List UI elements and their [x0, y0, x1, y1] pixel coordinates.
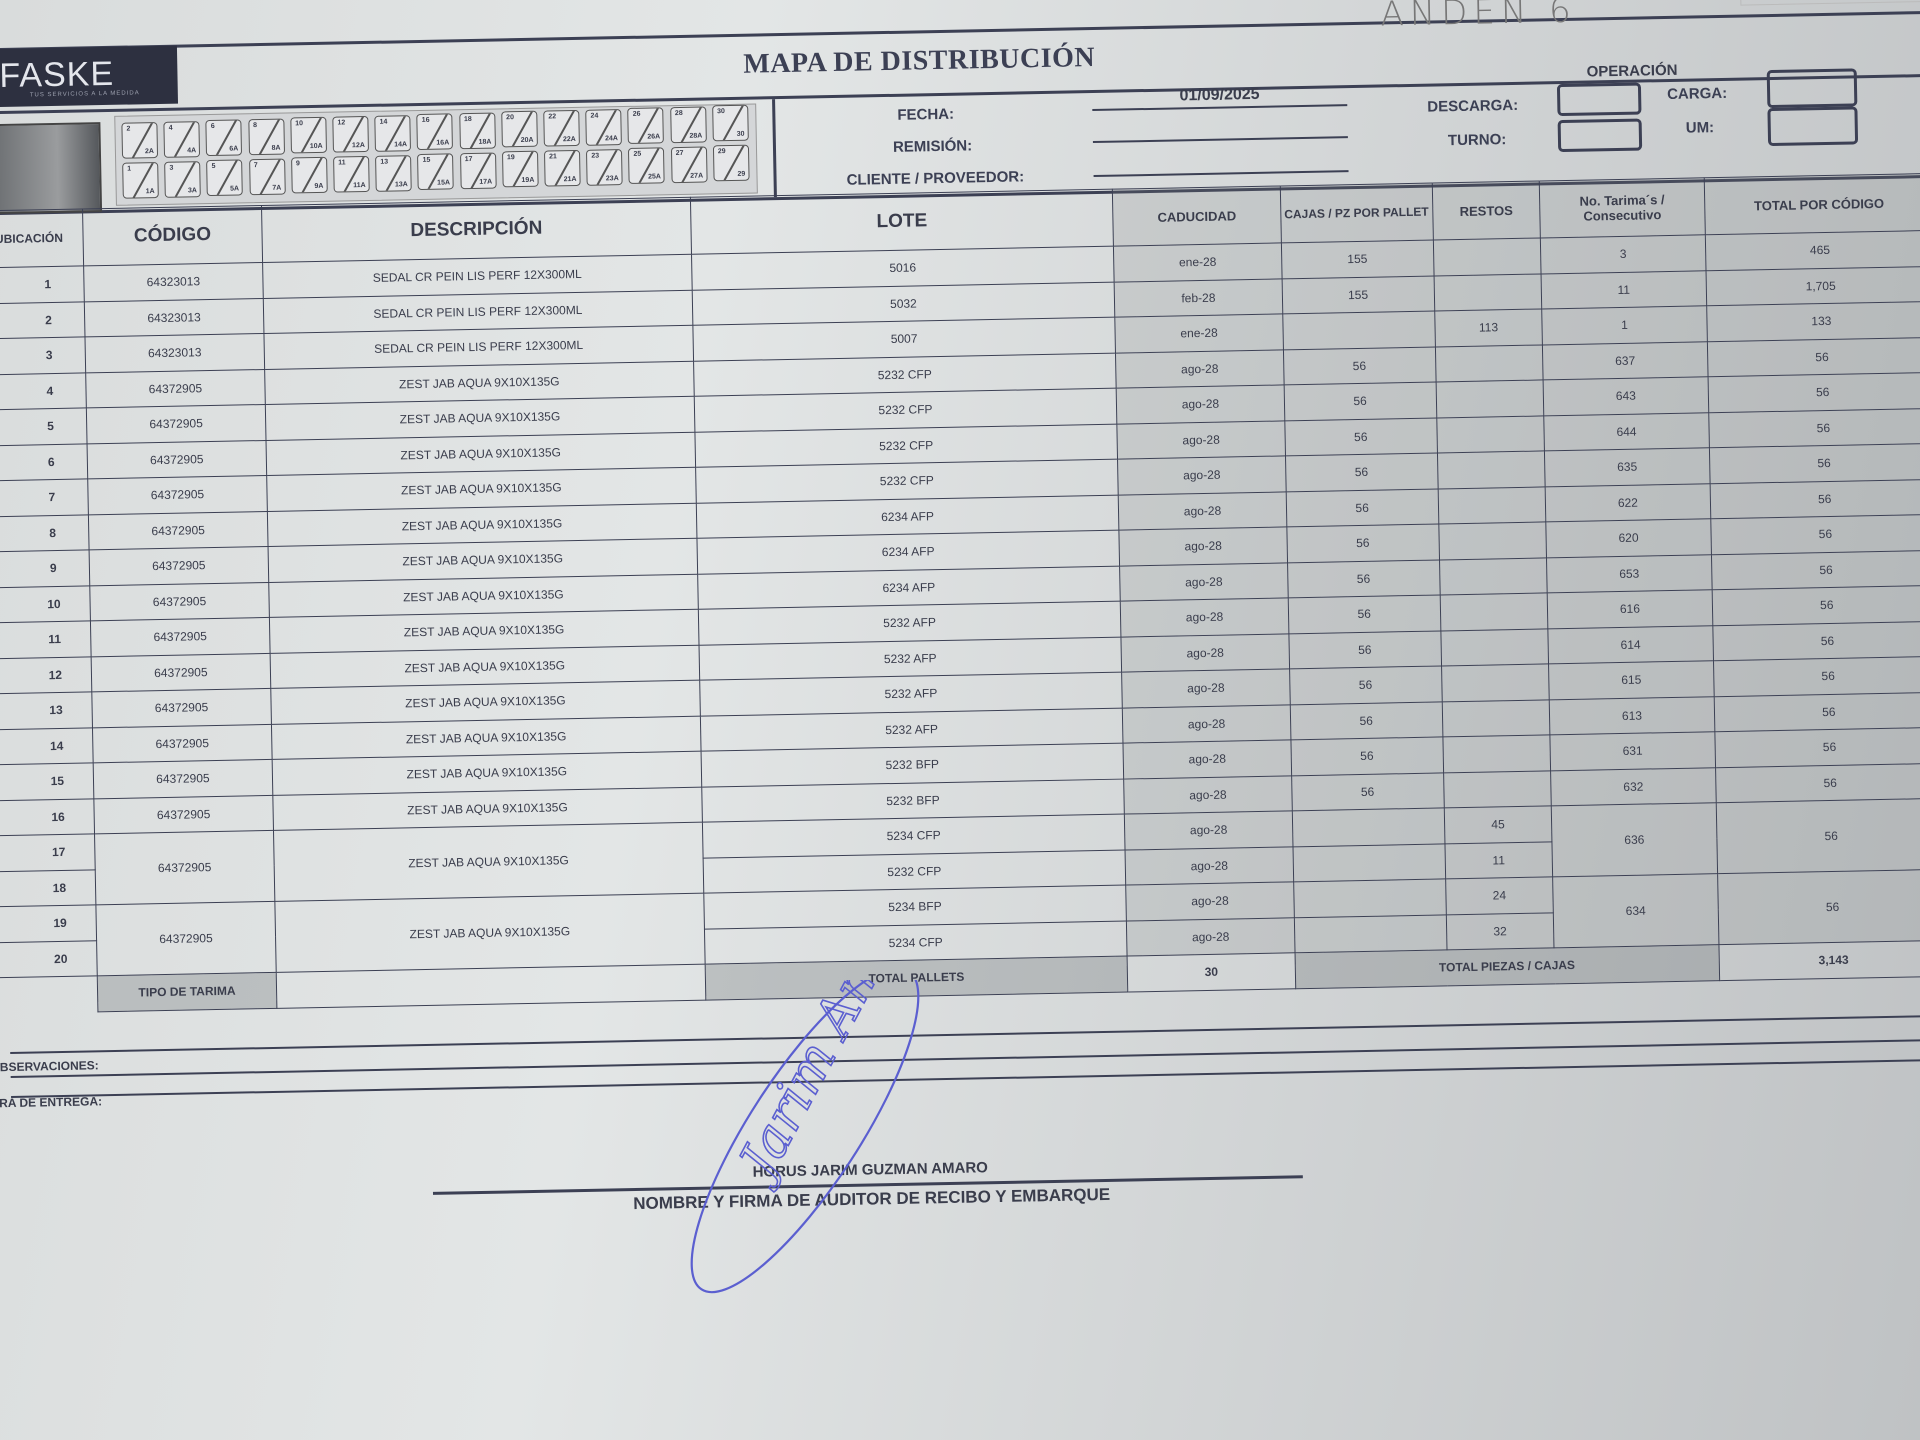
slot-number: 4: [169, 124, 173, 131]
hora-entrega-label: HORA DE ENTREGA:: [0, 1094, 102, 1110]
cell-caducidad: ago-28: [1120, 562, 1288, 601]
slot-sub-number: 20A: [521, 137, 534, 144]
slot-number: 13: [380, 158, 388, 165]
tipo-tarima-value: [276, 964, 705, 1008]
cell-restos: [1436, 380, 1544, 418]
cell-restos: 45: [1444, 806, 1552, 844]
cell-ubicacion: 19: [0, 905, 96, 943]
slot-sub-number: 24A: [605, 135, 618, 142]
cell-cajas: 56: [1291, 772, 1444, 810]
cell-codigo: 64372905: [87, 475, 267, 514]
dock-slot: 2424A: [585, 109, 622, 146]
cell-restos: [1433, 238, 1541, 276]
col-codigo: CÓDIGO: [82, 206, 262, 266]
slot-number: 27: [676, 150, 684, 157]
cell-caducidad: ago-28: [1121, 598, 1289, 637]
cliente-label: CLIENTE / PROVEEDOR:: [846, 168, 1024, 188]
slot-sub-number: 1A: [146, 188, 155, 195]
slot-sub-number: 12A: [352, 142, 365, 149]
distribution-table: UBICACIÓN CÓDIGO DESCRIPCIÓN LOTE CADUCI…: [0, 173, 1920, 1014]
faske-logo: FASKE TUS SERVICIOS A LA MEDIDA: [0, 46, 178, 108]
dock-slot-map: 22A44A66A88A1010A1212A1414A1616A1818A202…: [114, 104, 758, 206]
cell-ubicacion: 6: [0, 443, 87, 481]
cell-tarima: 616: [1547, 590, 1712, 629]
dock-slot: 77A: [249, 158, 286, 195]
cell-cajas: [1282, 311, 1435, 349]
dock-slot: 2525A: [628, 147, 665, 184]
slot-sub-number: 3A: [188, 187, 197, 194]
total-pallets-value: 30: [1127, 953, 1295, 992]
slot-number: 26: [633, 111, 641, 118]
slot-number: 1: [127, 166, 131, 173]
slot-sub-number: 8A: [271, 144, 280, 151]
slot-number: 15: [422, 157, 430, 164]
dock-slot: 2323A: [586, 149, 623, 186]
cell-restos: 32: [1446, 912, 1554, 950]
dock-slot: 99A: [291, 157, 328, 194]
cell-tarima: 620: [1546, 519, 1711, 558]
cell-total: 56: [1712, 621, 1920, 661]
dock-slot: 1515A: [417, 154, 454, 191]
slot-sub-number: 15A: [437, 180, 450, 187]
slot-sub-number: 13A: [395, 181, 408, 188]
cell-cajas: 56: [1284, 382, 1437, 420]
um-label: UM:: [1686, 119, 1715, 137]
cell-tarima: 613: [1549, 696, 1714, 735]
cell-caducidad: ago-28: [1118, 456, 1286, 495]
total-piezas-label: TOTAL PIEZAS / CAJAS: [1295, 945, 1720, 989]
slot-sub-number: 27A: [690, 172, 703, 179]
slot-sub-number: 11A: [353, 182, 366, 189]
cell-tarima: 622: [1545, 483, 1710, 522]
observaciones-label: OBSERVACIONES:: [0, 1058, 99, 1074]
cell-cajas: 56: [1289, 666, 1442, 704]
dock-slot: 2020A: [501, 111, 538, 148]
cell-cajas: 56: [1289, 630, 1442, 668]
slot-number: 20: [506, 115, 514, 122]
slot-number: 28: [675, 110, 683, 117]
cell-codigo: 64372905: [87, 440, 267, 479]
cell-total: 465: [1705, 230, 1920, 270]
cell-codigo: 64372905: [94, 795, 274, 834]
cell-tarima: 634: [1553, 874, 1719, 948]
cell-restos: [1443, 770, 1551, 808]
cell-caducidad: ago-28: [1116, 385, 1284, 424]
cell-tarima: 653: [1547, 554, 1712, 593]
col-lote: LOTE: [690, 189, 1114, 254]
cell-total: 56: [1708, 372, 1920, 412]
slot-sub-number: 5A: [230, 186, 239, 193]
cell-caducidad: ago-28: [1126, 882, 1294, 921]
slot-sub-number: 7A: [272, 184, 281, 191]
cell-codigo: 64372905: [92, 724, 272, 763]
dock-slot: 22A: [121, 122, 158, 159]
cell-total: 56: [1715, 727, 1920, 767]
slot-number: 2: [126, 126, 130, 133]
cell-descripcion: ZEST JAB AQUA 9X10X135G: [274, 822, 704, 901]
cell-caducidad: ago-28: [1116, 349, 1284, 388]
cell-codigo: 64372905: [92, 688, 272, 727]
dock-slot: 2626A: [628, 107, 665, 144]
cell-restos: [1438, 486, 1546, 524]
cell-tarima: 644: [1544, 412, 1709, 451]
slot-sub-number: 23A: [606, 175, 619, 182]
cell-codigo: 64372905: [88, 511, 268, 550]
operacion-title: OPERACIÓN: [1587, 62, 1678, 81]
slot-number: 17: [465, 156, 473, 163]
cell-total: 56: [1714, 692, 1920, 732]
cell-ubicacion: 5: [0, 408, 87, 446]
dock-slot: 33A: [164, 161, 201, 198]
cell-cajas: 56: [1291, 737, 1444, 775]
cell-restos: 113: [1434, 309, 1542, 347]
cell-codigo: 64372905: [89, 582, 269, 621]
slot-sub-number: 29: [737, 171, 745, 178]
cell-caducidad: ago-28: [1118, 491, 1286, 530]
cell-cajas: 56: [1283, 347, 1436, 385]
dock-slot: 2929: [713, 145, 750, 182]
cell-ubicacion: 4: [0, 372, 86, 410]
slot-number: 14: [380, 118, 388, 125]
cell-codigo: 64323013: [84, 298, 264, 337]
cell-restos: [1435, 344, 1543, 382]
slot-number: 25: [633, 151, 641, 158]
total-piezas-value: 3,143: [1719, 940, 1920, 980]
cell-cajas: 56: [1284, 418, 1437, 456]
cell-restos: 24: [1445, 877, 1553, 915]
cell-cajas: [1294, 914, 1447, 952]
descarga-box[interactable]: [1557, 83, 1642, 117]
hora-entrega-line: [11, 1058, 1920, 1098]
dock-slot: 1313A: [375, 155, 412, 192]
slot-sub-number: 16A: [436, 140, 449, 147]
cell-total: 56: [1710, 479, 1920, 519]
dock-slot: 2828A: [670, 106, 707, 143]
observaciones-line: [10, 1014, 1920, 1054]
cell-tarima: 631: [1550, 732, 1715, 771]
cell-ubicacion: 15: [0, 763, 94, 801]
cell-restos: [1440, 593, 1548, 631]
cell-total: 56: [1712, 585, 1920, 625]
dock-slot: 1616A: [417, 114, 454, 151]
cell-restos: [1443, 735, 1551, 773]
cell-restos: [1441, 664, 1549, 702]
dock-photo: [0, 122, 102, 214]
dock-slot: 88A: [248, 118, 285, 155]
col-total: TOTAL POR CÓDIGO: [1704, 173, 1920, 234]
col-tarimas: No. Tarima´s /Consecutivo: [1539, 178, 1705, 238]
cell-ubicacion: 1: [0, 266, 84, 304]
cell-codigo: 64372905: [93, 759, 273, 798]
cell-ubicacion: 18: [0, 869, 96, 907]
dock-slot: 1010A: [290, 117, 327, 154]
slot-number: 11: [338, 159, 346, 166]
slot-sub-number: 19A: [521, 177, 534, 184]
slot-sub-number: 30: [737, 131, 745, 138]
slot-number: 5: [212, 163, 216, 170]
slot-sub-number: 28A: [689, 132, 702, 139]
cell-total: 1,705: [1706, 266, 1920, 306]
dock-slot: 1111A: [333, 156, 370, 193]
cell-total: 56: [1711, 550, 1920, 590]
slot-sub-number: 18A: [478, 138, 491, 145]
totals-spacer: [0, 976, 98, 1014]
dock-slot: 66A: [206, 120, 243, 157]
cell-cajas: 56: [1286, 488, 1439, 526]
dock-slot: 44A: [164, 121, 201, 158]
cell-codigo: 64372905: [96, 901, 277, 975]
slot-sub-number: 22A: [563, 136, 576, 143]
fecha-label: FECHA:: [897, 106, 954, 124]
cell-caducidad: ago-28: [1121, 633, 1289, 672]
slot-number: 19: [507, 155, 515, 162]
slot-sub-number: 21A: [564, 176, 577, 183]
cell-cajas: 56: [1288, 595, 1441, 633]
cell-caducidad: ago-28: [1123, 740, 1291, 779]
carga-label: CARGA:: [1667, 85, 1727, 103]
slot-number: 30: [717, 108, 725, 115]
um-box[interactable]: [1767, 106, 1858, 146]
cell-cajas: [1293, 879, 1446, 917]
slot-sub-number: 4A: [187, 147, 196, 154]
cell-total: 56: [1713, 656, 1920, 696]
dock-slot: 1919A: [502, 151, 539, 188]
tipo-tarima-label: TIPO DE TARIMA: [97, 972, 277, 1011]
cell-restos: [1434, 273, 1542, 311]
dock-slot: 2727A: [671, 146, 708, 183]
cell-cajas: 56: [1285, 453, 1438, 491]
slot-sub-number: 9A: [314, 183, 323, 190]
cell-tarima: 643: [1543, 377, 1708, 416]
col-restos: RESTOS: [1432, 181, 1541, 240]
dock-slot: 3030: [712, 105, 749, 142]
slot-number: 22: [548, 113, 556, 120]
cell-descripcion: ZEST JAB AQUA 9X10X135G: [275, 893, 705, 972]
dock-slot: 1212A: [332, 116, 369, 153]
total-pallets-label: TOTAL PALLETS: [705, 956, 1128, 1000]
cell-caducidad: ago-28: [1117, 420, 1285, 459]
cell-codigo: 64372905: [89, 546, 269, 585]
cell-ubicacion: 14: [0, 727, 93, 765]
cell-cajas: 155: [1281, 240, 1434, 278]
cell-ubicacion: 12: [0, 656, 92, 694]
slot-number: 18: [464, 116, 472, 123]
cell-ubicacion: 17: [0, 834, 95, 872]
cell-ubicacion: 16: [0, 798, 94, 836]
slot-sub-number: 6A: [229, 146, 238, 153]
slot-number: 9: [296, 161, 300, 168]
cell-caducidad: ago-28: [1123, 704, 1291, 743]
dock-slot: 1414A: [374, 115, 411, 152]
slot-sub-number: 25A: [648, 174, 661, 181]
cell-caducidad: ago-28: [1125, 846, 1293, 885]
dock-slot: 1818A: [459, 112, 496, 149]
cell-restos: 11: [1445, 841, 1553, 879]
cell-total: 56: [1709, 443, 1920, 483]
turno-label: TURNO:: [1448, 131, 1507, 149]
cell-ubicacion: 10: [0, 585, 90, 623]
fecha-field[interactable]: 01/09/2025: [1092, 84, 1347, 111]
cell-tarima: 615: [1549, 661, 1714, 700]
dock-slot: 2121A: [544, 150, 581, 187]
slot-number: 16: [422, 117, 430, 124]
cell-cajas: 56: [1287, 559, 1440, 597]
cell-restos: [1440, 628, 1548, 666]
cell-caducidad: ago-28: [1122, 669, 1290, 708]
col-cajas: CAJAS / PZ POR PALLET: [1280, 183, 1433, 243]
cell-ubicacion: 20: [0, 940, 97, 978]
cell-caducidad: ago-28: [1124, 775, 1292, 814]
dock-slot: 11A: [122, 162, 159, 199]
cell-caducidad: ene-28: [1114, 243, 1282, 282]
cell-caducidad: feb-28: [1114, 278, 1282, 317]
slot-number: 3: [169, 164, 173, 171]
cell-total: 56: [1708, 408, 1920, 448]
cell-tarima: 3: [1541, 235, 1706, 274]
remision-field[interactable]: [1093, 116, 1348, 143]
turno-box[interactable]: [1558, 119, 1643, 153]
cell-ubicacion: 13: [0, 692, 92, 730]
cell-ubicacion: 2: [0, 301, 85, 339]
cell-codigo: 64323013: [83, 263, 263, 302]
cell-ubicacion: 11: [0, 621, 91, 659]
slot-number: 21: [549, 153, 557, 160]
cell-restos: [1442, 699, 1550, 737]
cell-tarima: 11: [1541, 270, 1706, 309]
slot-sub-number: 2A: [145, 148, 154, 155]
cell-caducidad: ago-28: [1119, 527, 1287, 566]
cell-tarima: 632: [1551, 767, 1716, 806]
slot-number: 6: [211, 123, 215, 130]
cell-ubicacion: 9: [0, 550, 89, 588]
slot-number: 12: [337, 119, 345, 126]
remision-label: REMISIÓN:: [893, 137, 972, 156]
handwritten-note: ANDEN 6: [1380, 0, 1577, 34]
cell-cajas: 155: [1282, 276, 1435, 314]
cell-codigo: 64372905: [86, 404, 266, 443]
divider: [772, 99, 777, 197]
slot-number: 29: [718, 148, 726, 155]
carga-box[interactable]: [1767, 68, 1858, 108]
cell-restos: [1436, 415, 1544, 453]
cell-total: 133: [1706, 301, 1920, 341]
cell-tarima: 635: [1545, 448, 1710, 487]
cell-codigo: 64372905: [85, 369, 265, 408]
cell-restos: [1437, 451, 1545, 489]
slot-sub-number: 17A: [479, 178, 492, 185]
cliente-field[interactable]: [1093, 150, 1348, 177]
cell-cajas: 56: [1287, 524, 1440, 562]
cell-tarima: 636: [1551, 803, 1717, 877]
cell-codigo: 64372905: [94, 830, 275, 904]
cell-caducidad: ene-28: [1115, 314, 1283, 353]
cell-codigo: 64372905: [91, 653, 271, 692]
cell-total: 56: [1716, 798, 1920, 873]
cell-restos: [1439, 557, 1547, 595]
cell-tarima: 637: [1543, 341, 1708, 380]
auditor-name: HORUS JARIM GUZMAN AMARO: [752, 1159, 988, 1181]
slot-number: 7: [254, 162, 258, 169]
slot-sub-number: 14A: [394, 141, 407, 148]
dock-slot: 2222A: [543, 110, 580, 147]
document-sheet: FASKE TUS SERVICIOS A LA MEDIDA MAPA DE …: [0, 0, 1920, 1440]
cell-restos: [1438, 522, 1546, 560]
dock-slot: 1717A: [460, 152, 497, 189]
slot-number: 23: [591, 152, 599, 159]
cell-caducidad: ago-28: [1127, 917, 1295, 956]
cell-codigo: 64323013: [85, 333, 265, 372]
dock-slot: 55A: [207, 160, 244, 197]
cell-codigo: 64372905: [90, 617, 270, 656]
descarga-label: DESCARGA:: [1427, 97, 1518, 116]
cell-total: 56: [1710, 514, 1920, 554]
cell-cajas: [1292, 808, 1445, 846]
page-title: MAPA DE DISTRIBUCIÓN: [743, 42, 1095, 81]
cell-caducidad: ago-28: [1125, 811, 1293, 850]
col-ubicacion: UBICACIÓN: [0, 209, 83, 268]
col-descripcion: DESCRIPCIÓN: [262, 197, 691, 262]
slot-sub-number: 10A: [310, 143, 323, 150]
observaciones-line-2: [11, 1038, 1920, 1078]
cell-ubicacion: 8: [0, 514, 89, 552]
cell-tarima: 1: [1542, 306, 1707, 345]
cell-tarima: 614: [1548, 625, 1713, 664]
col-caducidad: CADUCIDAD: [1113, 186, 1281, 246]
slot-number: 24: [590, 112, 598, 119]
cell-cajas: [1293, 843, 1446, 881]
cell-cajas: 56: [1290, 701, 1443, 739]
cell-total: 56: [1715, 763, 1920, 803]
cell-ubicacion: 7: [0, 479, 88, 517]
slot-sub-number: 26A: [647, 134, 660, 141]
document-code-box: CODIGO: FECHA DE EMISION: REV:2: [1740, 0, 1920, 6]
col-tarimas-line2: Consecutivo: [1583, 207, 1661, 223]
slot-number: 8: [253, 122, 257, 129]
col-tarimas-line1: No. Tarima´s /: [1579, 192, 1664, 209]
cell-total: 56: [1717, 869, 1920, 944]
cell-ubicacion: 3: [0, 337, 85, 375]
slot-number: 10: [295, 121, 303, 128]
cell-total: 56: [1707, 337, 1920, 377]
